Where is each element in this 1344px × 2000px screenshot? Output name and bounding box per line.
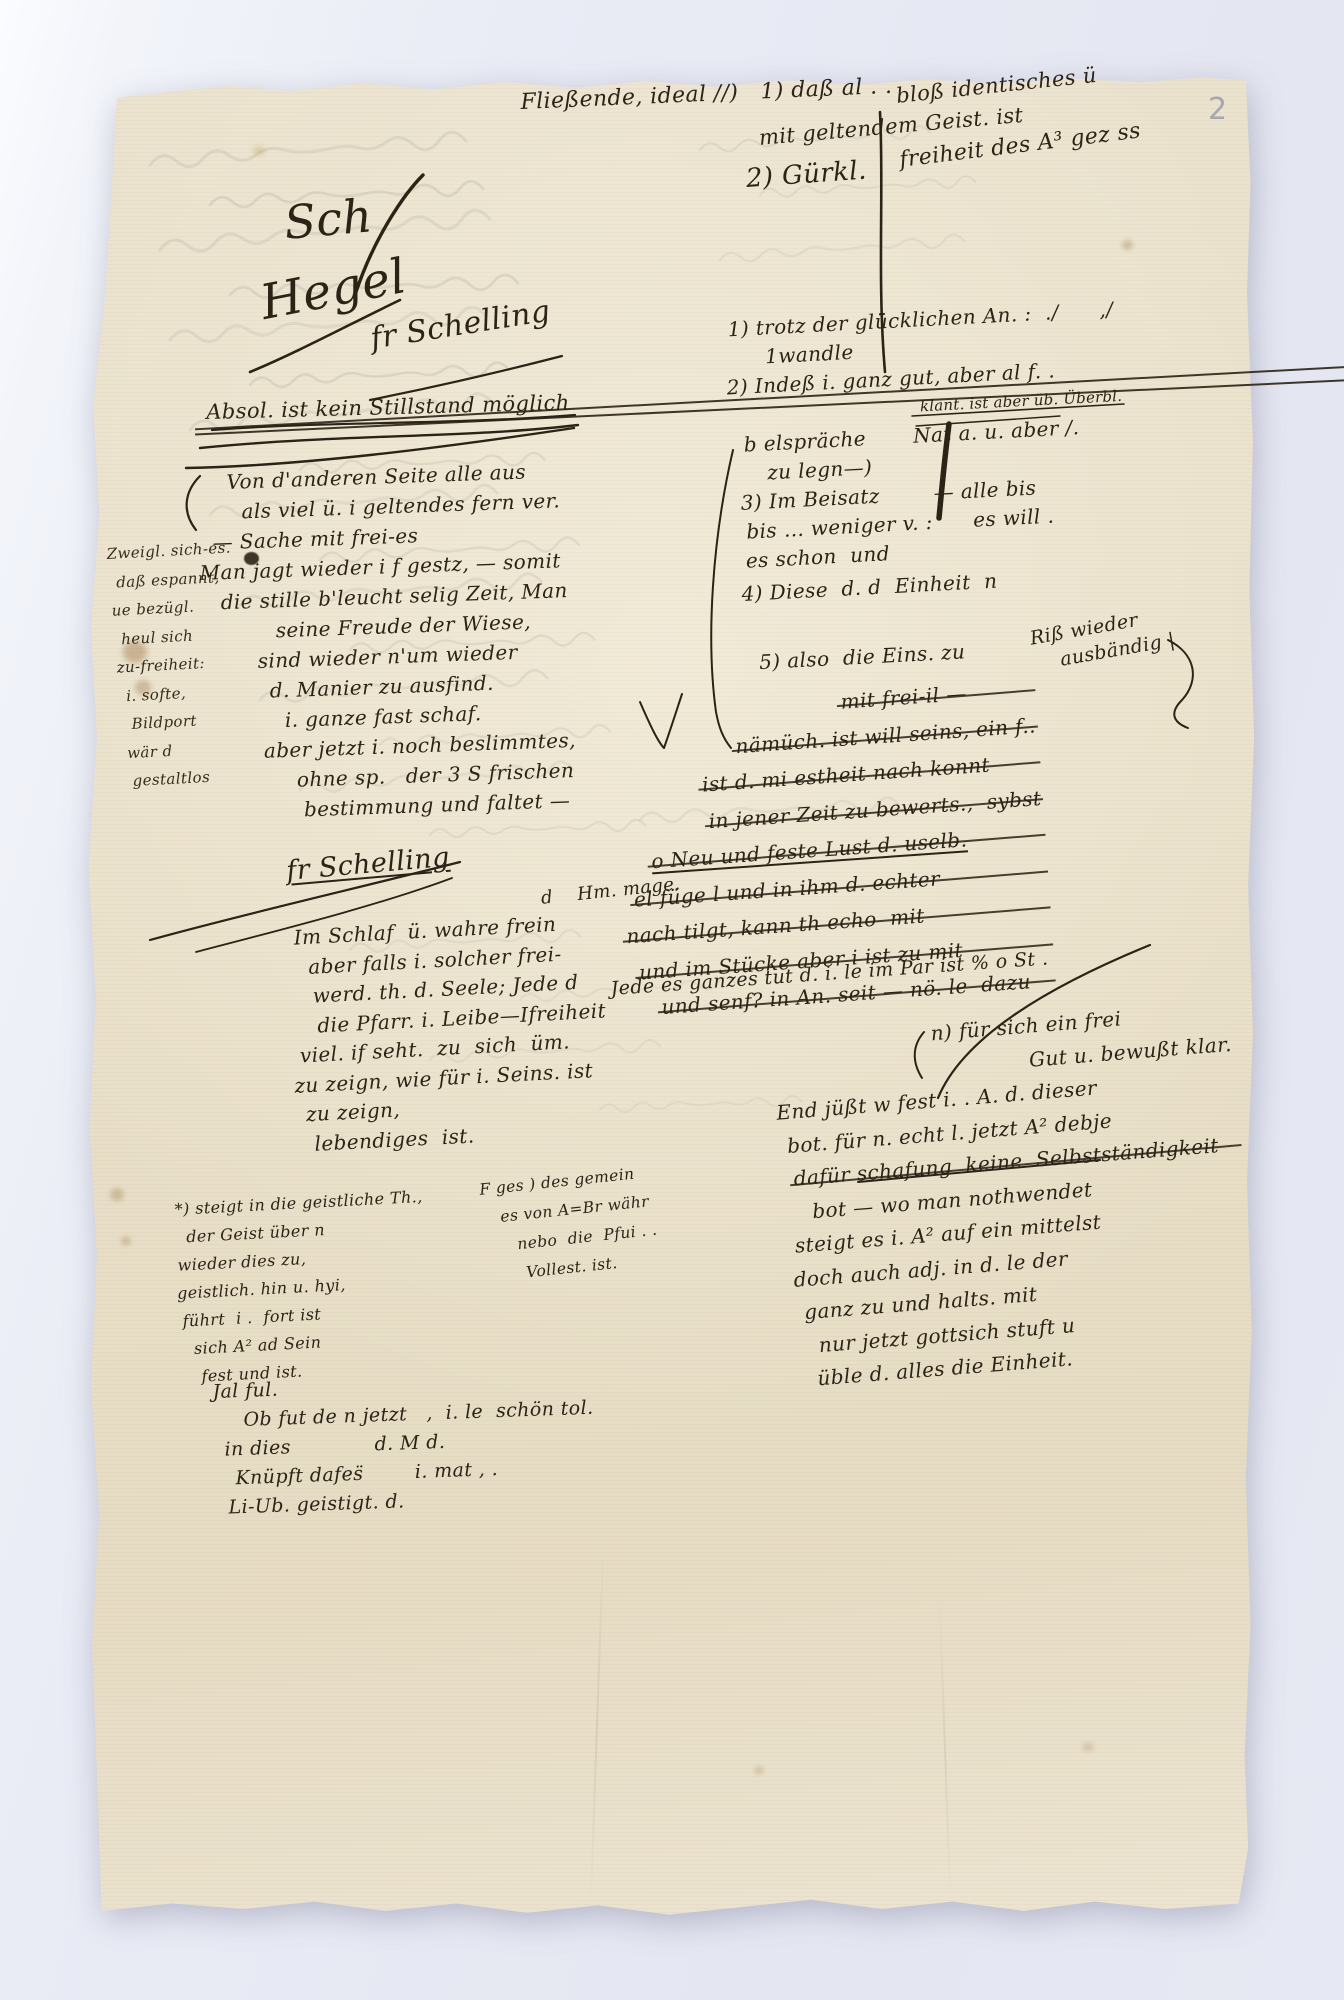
hegel-swash-stroke — [250, 300, 400, 372]
list-long-paren-stroke — [711, 450, 733, 748]
small-underline-stroke — [916, 416, 1060, 426]
manuscript-scan: Fließende, ideal //) 1) daß al . . bloß … — [0, 0, 1344, 2000]
schelling-swash-stroke — [370, 356, 562, 400]
paragraph-brace-stroke — [187, 476, 200, 530]
small-strike-stroke — [912, 404, 1124, 416]
divider-bar-stroke — [880, 112, 885, 372]
heading2-swash-stroke — [196, 878, 452, 952]
check-stroke — [640, 702, 664, 748]
check-stroke — [664, 694, 682, 748]
aside-curl-stroke — [1168, 640, 1193, 728]
small-paren-stroke — [915, 1032, 924, 1078]
heading-strike-stroke — [212, 415, 575, 430]
list-bold-stroke — [939, 424, 949, 518]
sch-swash-stroke — [356, 175, 423, 292]
partial-strike-stroke — [858, 1160, 1100, 1182]
heading-swoosh-stroke — [186, 428, 574, 468]
ink-flourish-layer — [0, 0, 1344, 2000]
heading2-swash-stroke — [150, 862, 460, 940]
big-paren-stroke — [938, 945, 1150, 1098]
